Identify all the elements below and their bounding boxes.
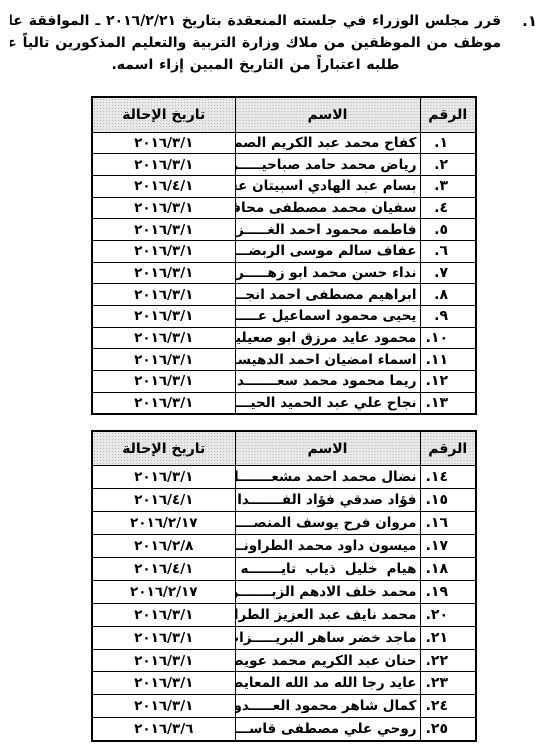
row-number-cell: ٥. [420, 219, 476, 241]
row-number-cell: ١٧. [420, 535, 476, 558]
table-row: ١٦.مروان فرح يوسف المنصـــــور٢٠١٦/٢/١٧ [92, 512, 476, 535]
decision-line-2: موظف من الموظفين من ملاك وزارة التربية و… [10, 32, 501, 54]
table-row: ٩.يحيى محمود اسماعيل عـــــادي٢٠١٦/٣/١ [92, 306, 476, 328]
list-number: ١. [501, 10, 537, 76]
name-cell: بسام عبد الهادي اسبيتان عفونـه [235, 175, 420, 197]
table-row: ١٠.محمود عايد مرزق ابو صعيليـك٢٠١٦/٣/١ [92, 327, 476, 349]
table-row: ١٧.ميسون داود محمد الطراونـــــه٢٠١٦/٢/٨ [92, 535, 476, 558]
table-row: ٢٤.كمال شاهر محمود العـــــدوان٢٠١٦/٣/١ [92, 695, 476, 718]
table-row: ٢١.ماجد خضر ساهر البريـــــزات٢٠١٦/٣/١ [92, 626, 476, 649]
row-number-cell: ١٣. [420, 392, 476, 414]
date-cell: ٢٠١٦/٣/١ [92, 327, 235, 349]
column-header-name: الاسم [235, 431, 420, 466]
name-cell: عفاف سالم موسى الربضـــــي [235, 240, 420, 262]
row-number-cell: ٢٥. [420, 718, 476, 741]
date-cell: ٢٠١٦/٢/١٧ [92, 580, 235, 603]
table-row: ١٣.نجاح علي عبد الحميد الحيـــاري٢٠١٦/٣/… [92, 392, 476, 414]
row-number-cell: ١٠. [420, 327, 476, 349]
row-number-cell: ١. [420, 132, 476, 154]
table-row: ٢٢.حنان عبد الكريم محمد عويصـــي٢٠١٦/٣/١ [92, 649, 476, 672]
date-cell: ٢٠١٦/٣/١ [92, 262, 235, 284]
row-number-cell: ٩. [420, 306, 476, 328]
date-cell: ٢٠١٦/٣/١ [92, 132, 235, 154]
row-number-cell: ٢٤. [420, 695, 476, 718]
name-cell: يحيى محمود اسماعيل عـــــادي [235, 306, 420, 328]
table-header-row: الرقم الاسم تاريخ الإحالة [92, 431, 476, 466]
row-number-cell: ٢. [420, 154, 476, 176]
date-cell: ٢٠١٦/٣/٦ [92, 718, 235, 741]
date-cell: ٢٠١٦/٣/١ [92, 603, 235, 626]
column-header-number: الرقم [420, 97, 476, 132]
table-row: ١.كفاح محمد عبد الكريم الصمـادي٢٠١٦/٣/١ [92, 132, 476, 154]
date-cell: ٢٠١٦/٢/١٧ [92, 512, 235, 535]
column-header-date: تاريخ الإحالة [92, 97, 235, 132]
date-cell: ٢٠١٦/٣/١ [92, 371, 235, 393]
date-cell: ٢٠١٦/٣/١ [92, 219, 235, 241]
name-cell: روحي علي مصطفى قاســـــم [235, 718, 420, 741]
row-number-cell: ٢٢. [420, 649, 476, 672]
table-row: ٥.فاطمه محمود احمد الغـــــزوي٢٠١٦/٣/١ [92, 219, 476, 241]
table-row: ٢.رياض محمد حامد صباحيـــــن٢٠١٦/٣/١ [92, 154, 476, 176]
name-cell: فؤاد صدقي فؤاد الفـــــــداوي [235, 489, 420, 512]
name-cell: ماجد خضر ساهر البريـــــزات [235, 626, 420, 649]
name-cell: ابراهيم مصطفى احمد انجـــادات [235, 284, 420, 306]
name-cell: عايد رجا الله مد الله المعايطـــه [235, 672, 420, 695]
decision-line-1: قرر مجلس الوزراء في جلسته المنعقدة بتاري… [10, 10, 501, 32]
row-number-cell: ٤. [420, 197, 476, 219]
table-row: ١٩.محمد خلف الادهم الزبـــــــن٢٠١٦/٢/١٧ [92, 580, 476, 603]
name-cell: ريما محمود محمد سعـــــــد [235, 371, 420, 393]
table-row: ١٨.هيام خليل ذياب تايـــــــه٢٠١٦/٤/١ [92, 558, 476, 581]
date-cell: ٢٠١٦/٣/١ [92, 466, 235, 489]
table-row: ٢٣.عايد رجا الله مد الله المعايطـــه٢٠١٦… [92, 672, 476, 695]
row-number-cell: ٢٣. [420, 672, 476, 695]
date-cell: ٢٠١٦/٣/١ [92, 672, 235, 695]
date-cell: ٢٠١٦/٣/١ [92, 197, 235, 219]
name-cell: اسماء امضيان احمد الدهيســات [235, 349, 420, 371]
column-header-number: الرقم [420, 431, 476, 466]
name-cell: فاطمه محمود احمد الغـــــزوي [235, 219, 420, 241]
name-cell: كمال شاهر محمود العـــــدوان [235, 695, 420, 718]
table-row: ٢٠.محمد نايف عبد العزيز الطراونـه٢٠١٦/٣/… [92, 603, 476, 626]
retirement-table-1: الرقم الاسم تاريخ الإحالة ١.كفاح محمد عب… [91, 96, 477, 415]
row-number-cell: ٨. [420, 284, 476, 306]
row-number-cell: ٢٠. [420, 603, 476, 626]
row-number-cell: ٢١. [420, 626, 476, 649]
table-row: ٦.عفاف سالم موسى الربضـــــي٢٠١٦/٣/١ [92, 240, 476, 262]
column-header-date: تاريخ الإحالة [92, 431, 235, 466]
date-cell: ٢٠١٦/٣/١ [92, 626, 235, 649]
row-number-cell: ١١. [420, 349, 476, 371]
date-cell: ٢٠١٦/٣/١ [92, 284, 235, 306]
date-cell: ٢٠١٦/٣/١ [92, 306, 235, 328]
table-row: ١٤.نضال محمد احمد مشعـــــــل٢٠١٦/٣/١ [92, 466, 476, 489]
name-cell: محمد نايف عبد العزيز الطراونـه [235, 603, 420, 626]
retirement-table-2: الرقم الاسم تاريخ الإحالة ١٤.نضال محمد ا… [91, 430, 477, 742]
table-row: ١١.اسماء امضيان احمد الدهيســات٢٠١٦/٣/١ [92, 349, 476, 371]
date-cell: ٢٠١٦/٣/١ [92, 154, 235, 176]
name-cell: كفاح محمد عبد الكريم الصمـادي [235, 132, 420, 154]
table-row: ١٥.فؤاد صدقي فؤاد الفـــــــداوي٢٠١٦/٤/١ [92, 489, 476, 512]
table-row: ٣.بسام عبد الهادي اسبيتان عفونـه٢٠١٦/٤/١ [92, 175, 476, 197]
row-number-cell: ١٤. [420, 466, 476, 489]
row-number-cell: ١٦. [420, 512, 476, 535]
row-number-cell: ٧. [420, 262, 476, 284]
table-row: ١٢.ريما محمود محمد سعـــــــد٢٠١٦/٣/١ [92, 371, 476, 393]
table-row: ٧.نداء حسن محمد ابو زهـــــره٢٠١٦/٣/١ [92, 262, 476, 284]
name-cell: رياض محمد حامد صباحيـــــن [235, 154, 420, 176]
decision-paragraph: ١. قرر مجلس الوزراء في جلسته المنعقدة بت… [10, 10, 537, 76]
row-number-cell: ١٥. [420, 489, 476, 512]
date-cell: ٢٠١٦/٤/١ [92, 175, 235, 197]
row-number-cell: ٣. [420, 175, 476, 197]
date-cell: ٢٠١٦/٤/١ [92, 558, 235, 581]
table-row: ٨.ابراهيم مصطفى احمد انجـــادات٢٠١٦/٣/١ [92, 284, 476, 306]
name-cell: نجاح علي عبد الحميد الحيـــاري [235, 392, 420, 414]
date-cell: ٢٠١٦/٣/١ [92, 240, 235, 262]
row-number-cell: ١٩. [420, 580, 476, 603]
name-cell: نداء حسن محمد ابو زهـــــره [235, 262, 420, 284]
name-cell: نضال محمد احمد مشعـــــــل [235, 466, 420, 489]
column-header-name: الاسم [235, 97, 420, 132]
name-cell: حنان عبد الكريم محمد عويصـــي [235, 649, 420, 672]
name-cell: مروان فرح يوسف المنصـــــور [235, 512, 420, 535]
name-cell: محمد خلف الادهم الزبـــــــن [235, 580, 420, 603]
name-cell: هيام خليل ذياب تايـــــــه [235, 558, 420, 581]
date-cell: ٢٠١٦/٣/١ [92, 392, 235, 414]
table-header-row: الرقم الاسم تاريخ الإحالة [92, 97, 476, 132]
name-cell: محمود عايد مرزق ابو صعيليـك [235, 327, 420, 349]
date-cell: ٢٠١٦/٢/٨ [92, 535, 235, 558]
name-cell: ميسون داود محمد الطراونـــــه [235, 535, 420, 558]
date-cell: ٢٠١٦/٣/١ [92, 349, 235, 371]
date-cell: ٢٠١٦/٤/١ [92, 489, 235, 512]
document-page: ١. قرر مجلس الوزراء في جلسته المنعقدة بت… [0, 0, 543, 748]
decision-line-3: طلبه اعتباراً من التاريخ المبين إزاء اسم… [10, 54, 501, 76]
date-cell: ٢٠١٦/٣/١ [92, 649, 235, 672]
table-row: ٤.سفيان محمد مصطفى محافظـــه٢٠١٦/٣/١ [92, 197, 476, 219]
table-row: ٢٥.روحي علي مصطفى قاســـــم٢٠١٦/٣/٦ [92, 718, 476, 741]
row-number-cell: ١٨. [420, 558, 476, 581]
decision-text: قرر مجلس الوزراء في جلسته المنعقدة بتاري… [10, 10, 501, 76]
row-number-cell: ٦. [420, 240, 476, 262]
row-number-cell: ١٢. [420, 371, 476, 393]
date-cell: ٢٠١٦/٣/١ [92, 695, 235, 718]
name-cell: سفيان محمد مصطفى محافظـــه [235, 197, 420, 219]
